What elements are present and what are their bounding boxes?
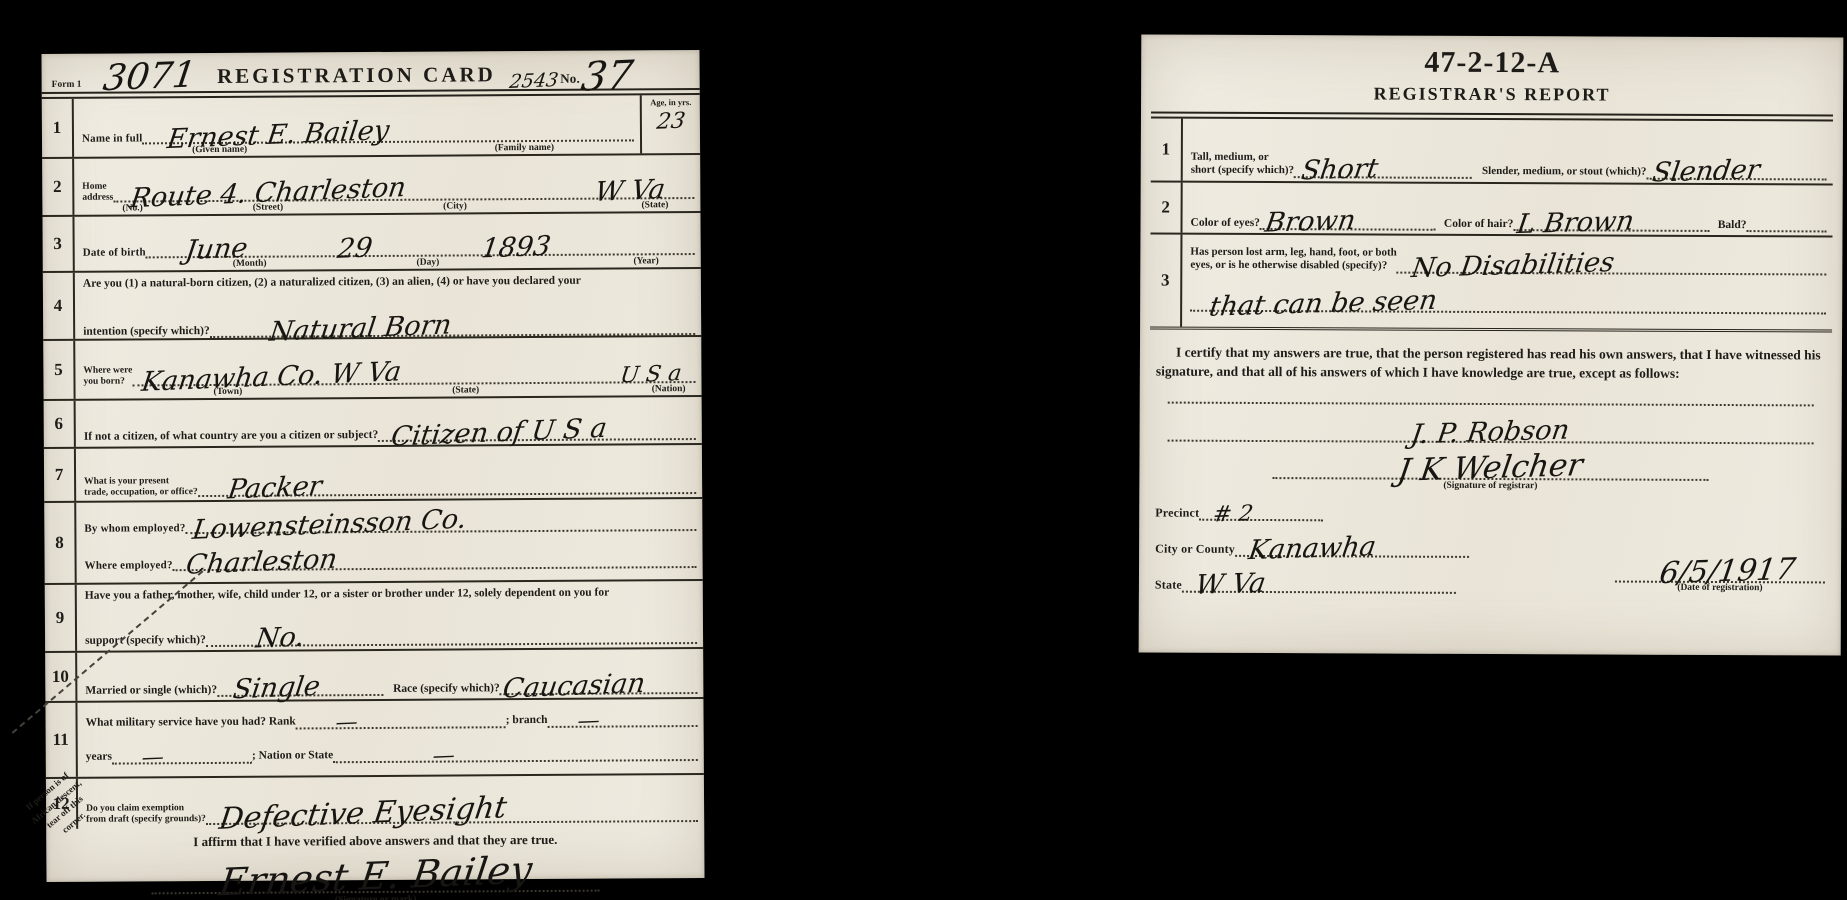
sub-family-name: (Family name) [495,143,554,153]
row-number: 3 [42,217,74,271]
dob-label: Date of birth [83,246,146,258]
height-answer: Short [1300,155,1380,184]
born-label-2: you born? [83,376,132,387]
row-eyes-hair: 2 Color of eyes? Brown Color of hair? L … [1150,181,1832,236]
row-citizenship: 4 Are you (1) a natural-born citizen, (2… [43,267,701,339]
state-label: State [1155,577,1182,592]
row-married-race: 10 Married or single (which)? Single Rac… [45,647,703,701]
row-number: 9 [45,585,77,651]
hair-label: Color of hair? [1444,216,1513,231]
row-number: 2 [42,159,74,215]
stamp-number: 2543 [508,71,559,92]
precinct-label: Precinct [1155,505,1199,520]
scanned-draft-registration: Form 1 3071 REGISTRATION CARD 2543 No. 3… [0,0,1847,900]
row-number: 10 [45,653,77,701]
eyes-answer: Brown [1264,207,1358,237]
no-value-handwritten: 37 [579,56,636,98]
form-label: Form 1 [52,80,82,90]
build-answer: Slender [1650,156,1761,186]
nation-label: ; Nation or State [252,748,333,763]
row-number: 5 [43,341,75,399]
row-height-build: 1 Tall, medium, or short (specify which)… [1151,119,1833,184]
exemption-label-1: Do you claim exemption [86,803,206,815]
married-label: Married or single (which)? [85,683,217,698]
row-number: 1 [1151,119,1183,181]
height-label-2: short (specify which)? [1191,164,1294,178]
row-disability: 3 Has person lost arm, leg, hand, foot, … [1150,233,1832,333]
disability-label-1: Has person lost arm, leg, hand, foot, or… [1190,245,1396,260]
citizen-question-1: Are you (1) a natural-born citizen, (2) … [83,273,695,291]
registration-card-front: Form 1 3071 REGISTRATION CARD 2543 No. 3… [41,50,704,882]
card-title: REGISTRATION CARD [217,62,496,89]
row-trade: 7 What is your present trade, occupation… [44,443,702,501]
bald-label: Bald? [1718,218,1747,233]
blank-line [1168,401,1814,406]
race-label: Race (specify which)? [393,681,500,696]
affirmation-text: I affirm that I have verified above answ… [46,831,704,851]
sub-day: (Day) [417,258,440,268]
name-label: Name in full [82,132,143,144]
born-label-1: Where were [83,366,132,377]
citizen-question-2: intention (specify which)? [83,324,210,339]
race-answer: Caucasian [502,670,648,703]
trade-label-2: trade, occupation, or office? [84,487,198,498]
registrar-signature-2: J K Welcher [1396,450,1585,487]
age-box: Age, in yrs. 23 [640,95,700,153]
dob-day: 29 [335,234,373,262]
registrar-signature-1: J. P. Robson [1410,416,1572,448]
row-employer: 8 By whom employed? Lowensteinsson Co. W… [44,497,702,583]
row-home-address: 2 Home address Route 4. Charleston W Va … [42,153,700,215]
branch-label: ; branch [506,713,548,728]
trade-answer: Packer [226,473,324,504]
row-where-born: 5 Where were you born? Kanawha Co. W Va … [43,335,701,399]
row-military: 11 What military service have you had? R… [45,697,703,777]
trade-label-1: What is your present [84,476,198,487]
dependents-question-2: support (specify which)? [85,633,206,648]
born-nation-answer: U S a [619,363,683,387]
certification-text: I certify that my answers are true, that… [1156,344,1826,385]
employed-by-label: By whom employed? [84,522,185,535]
military-label: What military service have you had? Rank [86,715,296,731]
build-label: Slender, medium, or stout (which)? [1482,165,1646,179]
years-answer: — [140,746,165,769]
row-name: 1 Name in full Ernest E. Bailey (Given n… [42,95,700,157]
city-county-value: Kanawha [1247,533,1378,564]
disability-answer-2: that can be seen [1208,287,1439,321]
precinct-value: # 2 [1212,503,1255,526]
row-number: 2 [1150,183,1182,233]
age-value: 23 [655,111,686,134]
row-number: 4 [43,273,75,339]
row-number: 7 [44,449,76,501]
registrar-report-back: 47-2-12-A REGISTRAR'S REPORT 1 Tall, med… [1139,34,1844,655]
eyes-label: Color of eyes? [1191,215,1260,230]
address-state-answer: W Va [593,176,666,206]
serial-handwritten: 3071 [101,57,198,97]
branch-answer: — [576,710,601,733]
employed-by-answer: Lowensteinsson Co. [191,505,468,543]
row-number: 3 [1150,235,1182,327]
disability-label-2: eyes, or is he otherwise disabled (speci… [1190,259,1396,274]
married-answer: Single [231,673,322,704]
sub-city: (City) [443,201,467,211]
employed-where-label: Where employed? [85,559,173,572]
row-number: 8 [44,503,76,583]
bald-blank [1746,230,1826,232]
exemption-label-2: from draft (specify grounds)? [86,814,206,826]
citizen-of-label: If not a citizen, of what country are yo… [84,428,378,444]
row-date-of-birth: 3 Date of birth June 29 1893 (Month) (Da… [42,211,700,271]
sub-state2: (State) [452,385,479,395]
state-value: W Va [1194,570,1268,599]
registration-date: 6/5/1917 [1658,555,1798,589]
dob-year: 1893 [480,233,553,263]
sub-year: (Year) [633,256,658,266]
registrant-signature: Ernest E. Bailey [217,851,534,900]
no-label: No. [560,71,580,87]
row-number: 11 [45,703,77,777]
row-exemption: 12 Do you claim exemption from draft (sp… [46,773,704,829]
row-number: 1 [42,99,74,157]
report-code: 47-2-12-A [1141,34,1843,81]
city-county-label: City or County [1155,541,1235,556]
report-title: REGISTRAR'S REPORT [1141,82,1843,106]
row-dependents: 9 Have you a father, mother, wife, child… [45,579,703,651]
rank-answer: — [334,711,359,734]
home-label-1: Home [82,182,113,193]
dob-month: June [184,235,250,265]
years-label: years [86,750,112,765]
nation-answer: — [432,745,457,768]
home-label-2: address [82,192,113,203]
dependents-answer: No. [254,624,306,653]
card-header: Form 1 3071 REGISTRATION CARD 2543 No. 3… [41,50,699,90]
employed-where-answer: Charleston [184,545,338,578]
row-citizen-of: 6 If not a citizen, of what country are … [44,395,702,447]
height-label-1: Tall, medium, or [1191,150,1294,164]
hair-answer: L Brown [1515,208,1636,239]
disability-answer-1: No Disabilities [1410,249,1616,282]
age-label: Age, in yrs. [650,97,691,107]
exemption-answer: Defective Eyesight [217,793,508,835]
row-number: 6 [44,401,76,447]
